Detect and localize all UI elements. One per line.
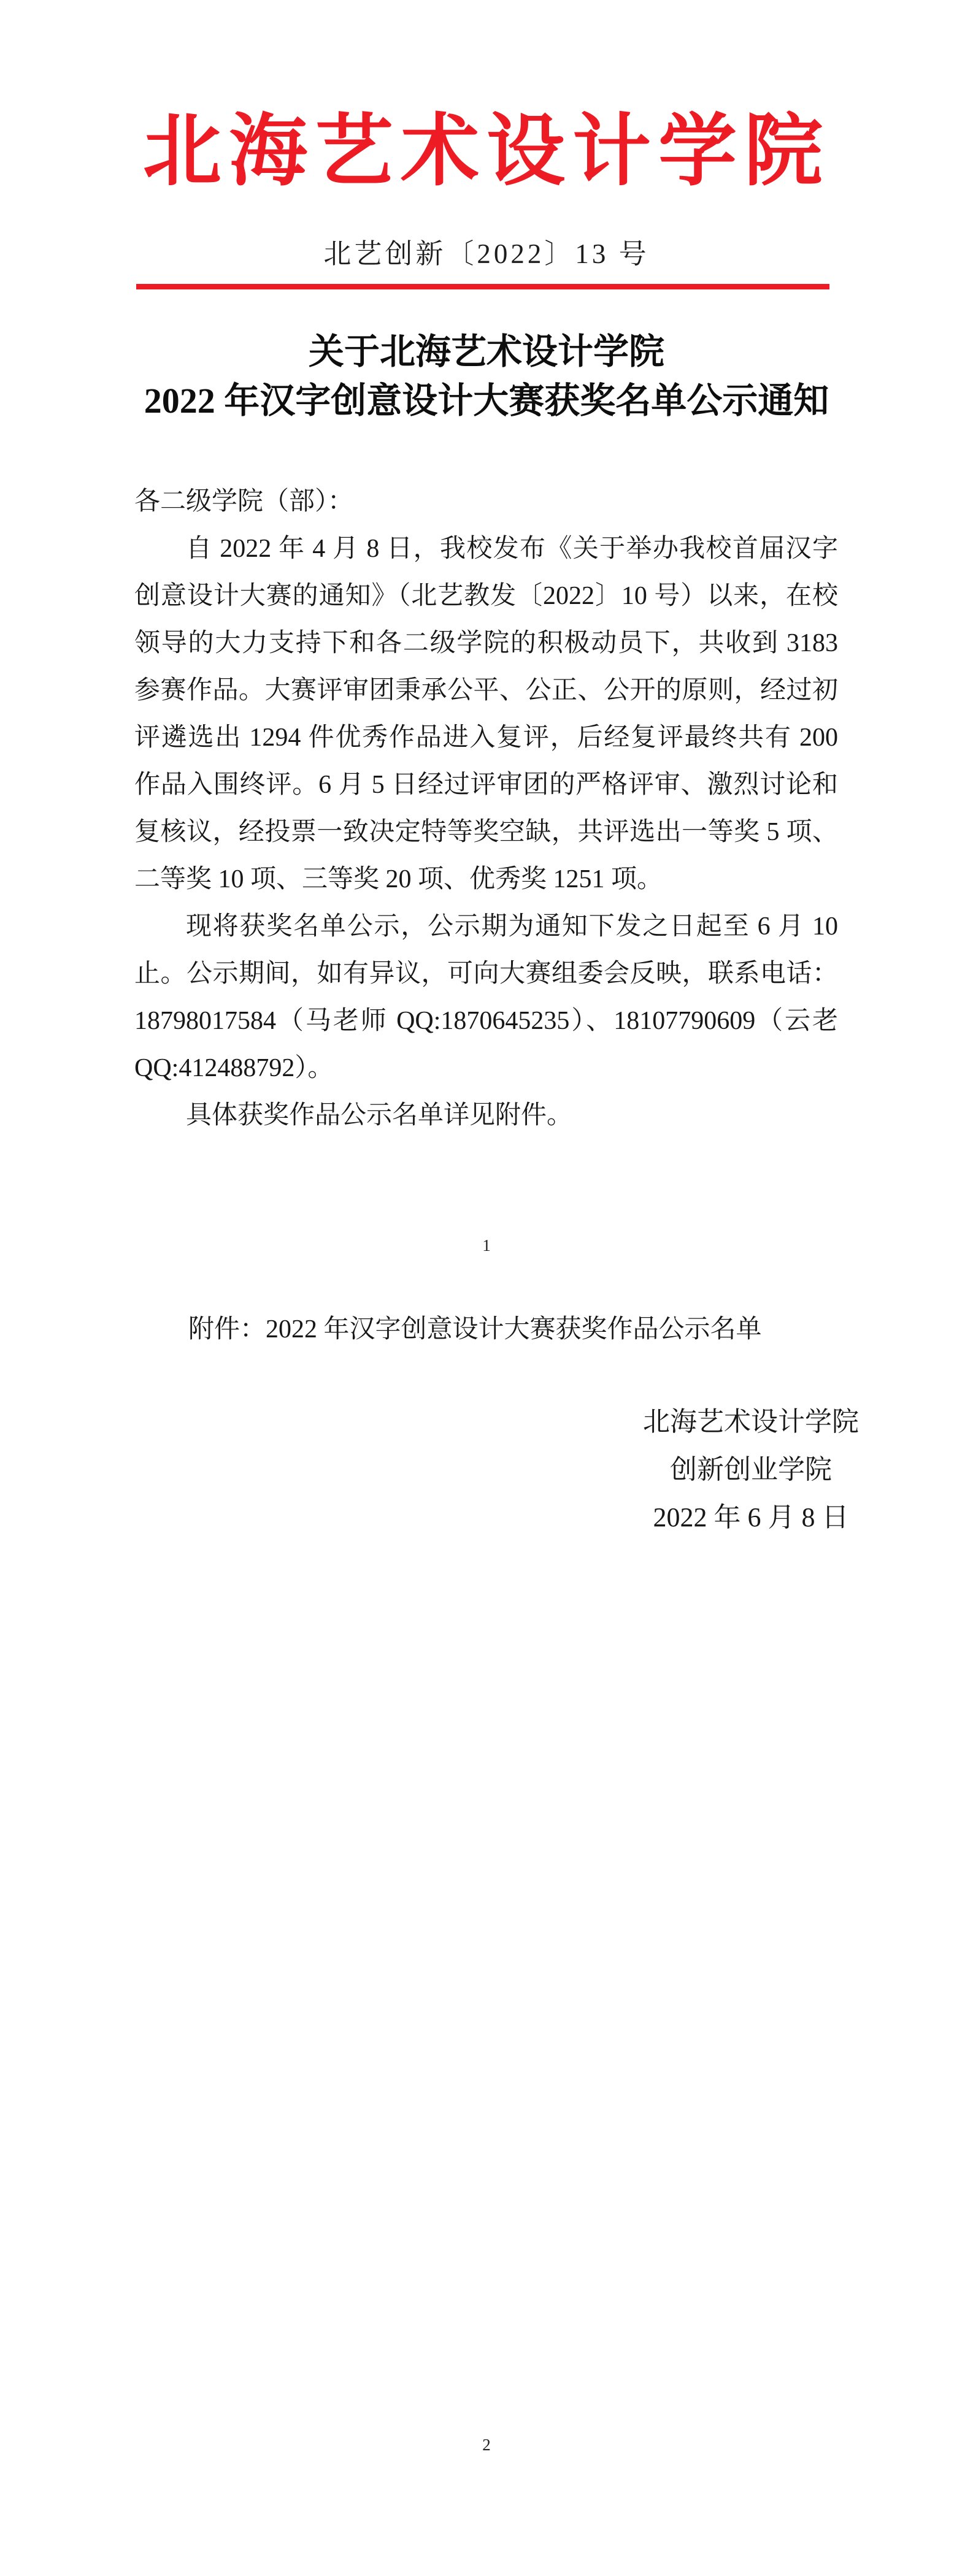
document-number: 北艺创新〔2022〕13 号 xyxy=(0,237,973,271)
red-divider-rule xyxy=(136,284,829,289)
signature-org: 北海艺术设计学院 xyxy=(643,1398,859,1446)
notice-title-line1: 关于北海艺术设计学院 xyxy=(0,327,973,376)
notice-title-line2: 2022 年汉字创意设计大赛获奖名单公示通知 xyxy=(0,376,973,426)
body-line: 创意设计大赛的通知》（北艺教发〔2022〕10 号）以来，在校 xyxy=(134,573,838,620)
body-line: QQ:412488792）。 xyxy=(134,1045,838,1092)
body-line: 现将获奖名单公示，公示期为通知下发之日起至 6 月 10 日 xyxy=(134,903,838,950)
body-line: 自 2022 年 4 月 8 日，我校发布《关于举办我校首届汉字 xyxy=(134,526,838,573)
body-line: 参赛作品。大赛评审团秉承公平、公正、公开的原则，经过初 xyxy=(134,667,838,714)
page-number-1: 1 xyxy=(0,1236,973,1255)
notice-title: 关于北海艺术设计学院 2022 年汉字创意设计大赛获奖名单公示通知 xyxy=(0,327,973,426)
body-salutation: 各二级学院（部）： xyxy=(134,478,838,526)
body-line: 止。公示期间，如有异议，可向大赛组委会反映，联系电话： xyxy=(134,950,838,998)
body-line: 二等奖 10 项、三等奖 20 项、优秀奖 1251 项。 xyxy=(134,856,838,903)
notice-body: 各二级学院（部）： 自 2022 年 4 月 8 日，我校发布《关于举办我校首届… xyxy=(134,478,838,1139)
body-line: 作品入围终评。6 月 5 日经过评审团的严格评审、激烈讨论和反 xyxy=(134,762,838,809)
page-number-2: 2 xyxy=(0,2436,973,2455)
body-line: 18798017584（马老师 QQ:1870645235）、181077906… xyxy=(134,998,838,1045)
signature-date: 2022 年 6 月 8 日 xyxy=(643,1494,859,1542)
body-line: 复核议，经投票一致决定特等奖空缺，共评选出一等奖 5 项、 xyxy=(134,809,838,856)
signature-dept: 创新创业学院 xyxy=(643,1446,859,1494)
notice-document: 北海艺术设计学院 北艺创新〔2022〕13 号 关于北海艺术设计学院 2022 … xyxy=(0,0,973,2576)
attachment-line: 附件：2022 年汉字创意设计大赛获奖作品公示名单 xyxy=(188,1311,762,1348)
body-line: 领导的大力支持下和各二级学院的积极动员下，共收到 3183 件 xyxy=(134,620,838,667)
body-line: 评遴选出 1294 件优秀作品进入复评，后经复评最终共有 200 件 xyxy=(134,714,838,762)
signature-block: 北海艺术设计学院 创新创业学院 2022 年 6 月 8 日 xyxy=(643,1398,859,1542)
body-line: 具体获奖作品公示名单详见附件。 xyxy=(134,1092,838,1139)
letterhead-title: 北海艺术设计学院 xyxy=(0,105,973,197)
